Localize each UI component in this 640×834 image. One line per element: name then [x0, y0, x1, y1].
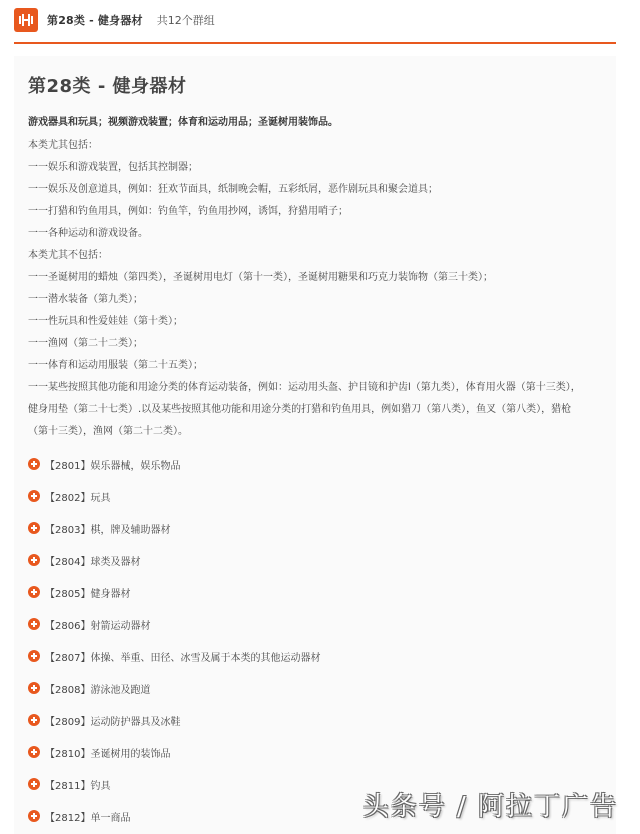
expand-plus-icon[interactable] [28, 458, 40, 470]
group-code: 【2804】 [45, 553, 90, 568]
group-item-2804[interactable]: 【2804】球类及器材 [28, 544, 320, 576]
expand-plus-icon[interactable] [28, 746, 40, 758]
expand-plus-icon[interactable] [28, 618, 40, 630]
group-item-2805[interactable]: 【2805】健身器材 [28, 576, 320, 608]
group-list: 【2801】娱乐器械，娱乐物品 【2802】玩具 【2803】棋，牌及辅助器材 … [28, 448, 320, 832]
group-code: 【2801】 [45, 457, 90, 472]
group-code: 【2802】 [45, 489, 90, 504]
class-detail-panel: 第28类 - 健身器材 游戏器具和玩具；视频游戏装置；体育和运动用品；圣诞树用装… [14, 56, 616, 834]
group-code: 【2806】 [45, 617, 90, 632]
include-item: 一一娱乐和游戏装置，包括其控制器； [28, 157, 588, 179]
expand-plus-icon[interactable] [28, 810, 40, 822]
group-item-2801[interactable]: 【2801】娱乐器械，娱乐物品 [28, 448, 320, 480]
includes-label: 本类尤其包括： [28, 135, 588, 157]
group-item-2810[interactable]: 【2810】圣诞树用的装饰品 [28, 736, 320, 768]
group-name: 运动防护器具及冰鞋 [90, 713, 180, 728]
group-item-2812[interactable]: 【2812】单一商品 [28, 800, 320, 832]
group-item-2809[interactable]: 【2809】运动防护器具及冰鞋 [28, 704, 320, 736]
dumbbell-icon-glyph [18, 14, 34, 26]
expand-plus-icon[interactable] [28, 586, 40, 598]
include-item: 一一娱乐及创意道具，例如：狂欢节面具，纸制晚会帽，五彩纸屑，恶作剧玩具和聚会道具… [28, 179, 588, 201]
group-item-2808[interactable]: 【2808】游泳池及跑道 [28, 672, 320, 704]
expand-plus-icon[interactable] [28, 778, 40, 790]
group-name: 体操、举重、田径、冰雪及属于本类的其他运动器材 [90, 649, 320, 664]
group-name: 游泳池及跑道 [90, 681, 150, 696]
group-item-2811[interactable]: 【2811】钓具 [28, 768, 320, 800]
include-item: 一一打猎和钓鱼用具，例如：钓鱼竿，钓鱼用抄网，诱饵，狩猎用哨子； [28, 201, 588, 223]
group-code: 【2809】 [45, 713, 90, 728]
page-title: 第28类 - 健身器材 [28, 72, 187, 98]
group-name: 健身器材 [90, 585, 130, 600]
group-name: 玩具 [90, 489, 110, 504]
exclude-item: 一一潜水装备（第九类）； [28, 289, 588, 311]
class-description: 本类尤其包括： 一一娱乐和游戏装置，包括其控制器； 一一娱乐及创意道具，例如：狂… [28, 135, 588, 443]
excludes-label: 本类尤其不包括： [28, 245, 588, 267]
header-divider [14, 42, 616, 44]
group-name: 钓具 [90, 777, 110, 792]
exclude-item-long: 一一某些按照其他功能和用途分类的体育运动装备，例如：运动用头盔、护目镜和护齿l（… [28, 377, 588, 443]
group-code: 【2807】 [45, 649, 90, 664]
expand-plus-icon[interactable] [28, 554, 40, 566]
group-item-2806[interactable]: 【2806】射箭运动器材 [28, 608, 320, 640]
group-count: 共12个群组 [157, 12, 215, 28]
expand-plus-icon[interactable] [28, 490, 40, 502]
group-name: 单一商品 [90, 809, 130, 824]
expand-plus-icon[interactable] [28, 650, 40, 662]
expand-plus-icon[interactable] [28, 682, 40, 694]
class-summary: 游戏器具和玩具；视频游戏装置；体育和运动用品；圣诞树用装饰品。 [28, 113, 338, 128]
group-item-2802[interactable]: 【2802】玩具 [28, 480, 320, 512]
group-name: 球类及器材 [90, 553, 140, 568]
group-name: 射箭运动器材 [90, 617, 150, 632]
exclude-item: 一一圣诞树用的蜡烛（第四类），圣诞树用电灯（第十一类），圣诞树用糖果和巧克力装饰… [28, 267, 588, 289]
include-item: 一一各种运动和游戏设备。 [28, 223, 588, 245]
top-bar: 第28类 - 健身器材 共12个群组 [14, 6, 215, 34]
exclude-item: 一一体育和运动用服装（第二十五类）； [28, 355, 588, 377]
dumbbell-icon [14, 8, 38, 32]
group-code: 【2808】 [45, 681, 90, 696]
group-item-2807[interactable]: 【2807】体操、举重、田径、冰雪及属于本类的其他运动器材 [28, 640, 320, 672]
watermark: 头条号 / 阿拉丁广告 [363, 786, 618, 823]
header-title: 第28类 - 健身器材 [47, 12, 143, 28]
exclude-item: 一一性玩具和性爱娃娃（第十类）； [28, 311, 588, 333]
group-item-2803[interactable]: 【2803】棋，牌及辅助器材 [28, 512, 320, 544]
group-name: 棋，牌及辅助器材 [90, 521, 170, 536]
group-name: 圣诞树用的装饰品 [90, 745, 170, 760]
group-code: 【2805】 [45, 585, 90, 600]
group-code: 【2810】 [45, 745, 90, 760]
group-code: 【2811】 [45, 777, 90, 792]
group-code: 【2812】 [45, 809, 90, 824]
group-code: 【2803】 [45, 521, 90, 536]
exclude-item: 一一渔网（第二十二类）； [28, 333, 588, 355]
expand-plus-icon[interactable] [28, 714, 40, 726]
expand-plus-icon[interactable] [28, 522, 40, 534]
group-name: 娱乐器械，娱乐物品 [90, 457, 180, 472]
